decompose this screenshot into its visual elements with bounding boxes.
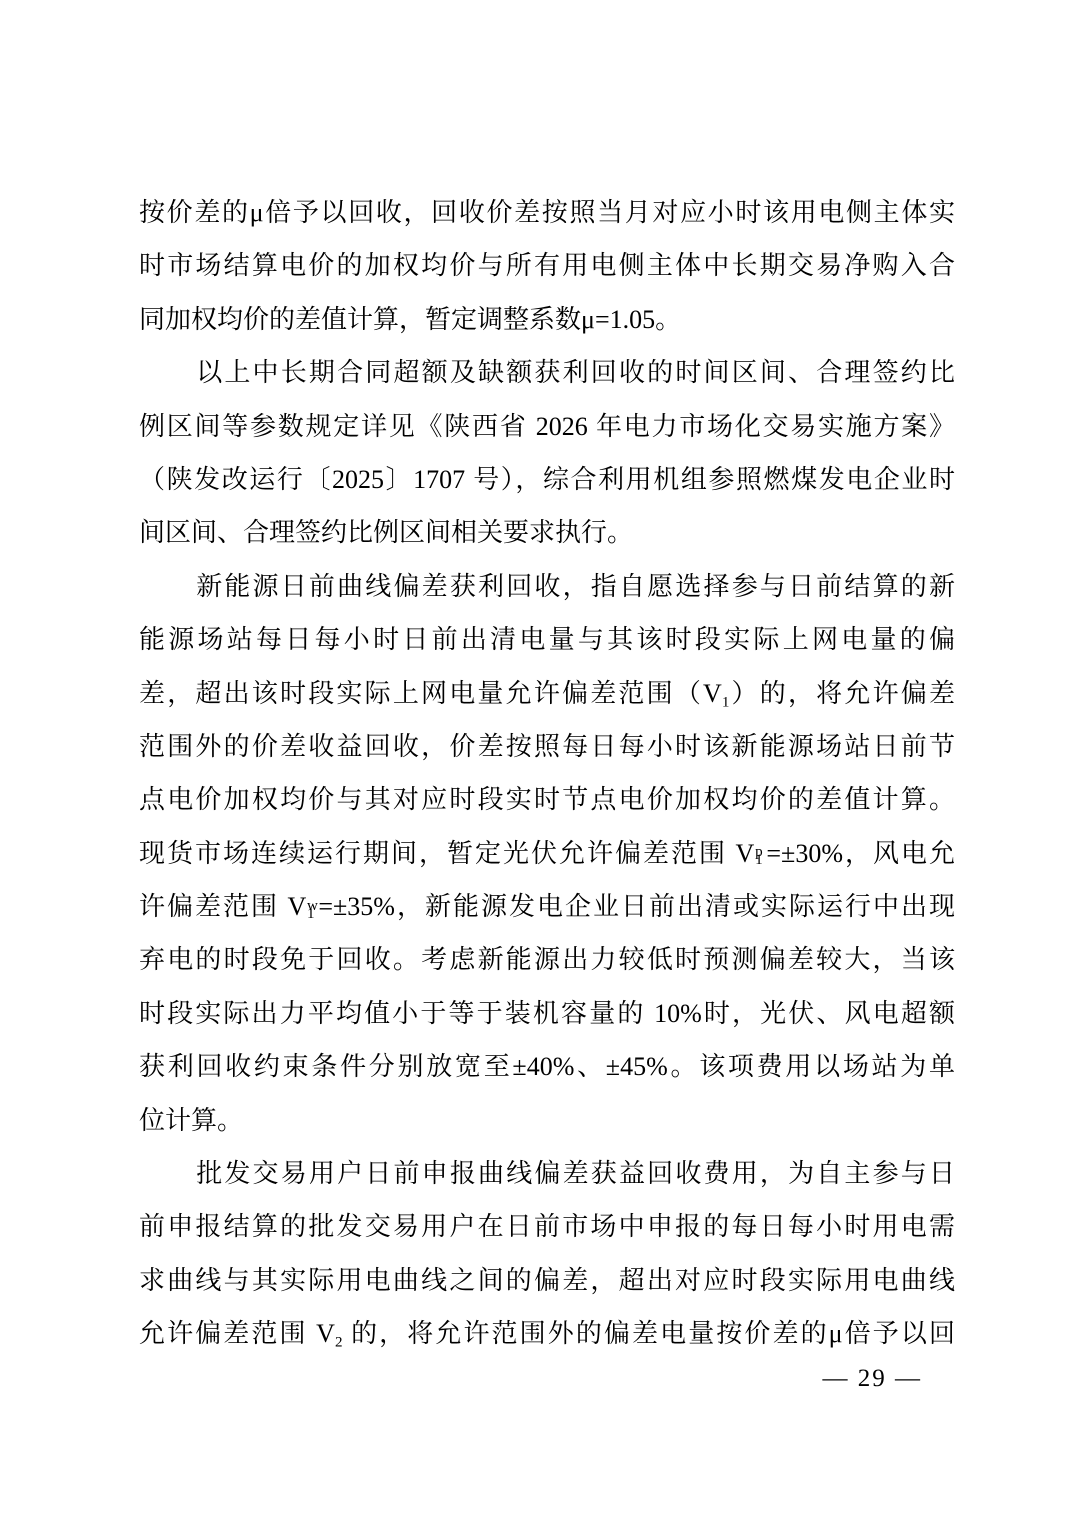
text-line: （陕发改运行〔2025〕1707 号），综合利用机组参照燃煤发电企业时 (139, 453, 955, 506)
text-line: 位计算。 (139, 1094, 955, 1147)
text-line: 获利回收约束条件分别放宽至±40%、±45%。该项费用以场站为单 (139, 1040, 955, 1093)
text-line: 时市场结算电价的加权均价与所有用电侧主体中长期交易净购入合 (139, 239, 955, 292)
text-line: 能源场站每日每小时日前出清电量与其该时段实际上网电量的偏 (139, 613, 955, 666)
text-line: 批发交易用户日前申报曲线偏差获益回收费用，为自主参与日 (139, 1147, 955, 1200)
text-line: 新能源日前曲线偏差获利回收，指自愿选择参与日前结算的新 (139, 560, 955, 613)
text-line: 前申报结算的批发交易用户在日前市场中申报的每日每小时用电需 (139, 1200, 955, 1253)
variable-symbol: Vp1 (736, 839, 767, 868)
text-line: 差，超出该时段实际上网电量允许偏差范围（V1）的，将允许偏差 (139, 667, 955, 720)
document-page: 按价差的μ倍予以回收，回收价差按照当月对应小时该用电侧主体实时市场结算电价的加权… (0, 0, 1080, 1527)
text-line: 时段实际出力平均值小于等于装机容量的 10%时，光伏、风电超额 (139, 987, 955, 1040)
text-line: 弃电的时段免于回收。考虑新能源出力较低时预测偏差较大，当该 (139, 933, 955, 986)
text-line: 许偏差范围 Vw1=±35%，新能源发电企业日前出清或实际运行中出现 (139, 880, 955, 933)
text-line: 以上中长期合同超额及缺额获利回收的时间区间、合理签约比 (139, 346, 955, 399)
page-number: — 29 — (823, 1362, 923, 1396)
text-line: 点电价加权均价与其对应时段实时节点电价加权均价的差值计算。 (139, 773, 955, 826)
text-line: 允许偏差范围 V2 的，将允许范围外的偏差电量按价差的μ倍予以回 (139, 1307, 955, 1360)
text-line: 同加权均价的差值计算，暂定调整系数μ=1.05。 (139, 293, 955, 346)
paragraph-4: 批发交易用户日前申报曲线偏差获益回收费用，为自主参与日前申报结算的批发交易用户在… (139, 1147, 955, 1361)
variable-symbol: V2 (316, 1319, 342, 1348)
text-line: 例区间等参数规定详见《陕西省 2026 年电力市场化交易实施方案》 (139, 400, 955, 453)
variable-symbol: V1 (703, 679, 729, 708)
text-line: 求曲线与其实际用电曲线之间的偏差，超出对应时段实际用电曲线 (139, 1254, 955, 1307)
text-line: 现货市场连续运行期间，暂定光伏允许偏差范围 Vp1=±30%，风电允 (139, 827, 955, 880)
document-text: 按价差的μ倍予以回收，回收价差按照当月对应小时该用电侧主体实时市场结算电价的加权… (139, 186, 955, 1361)
text-line: 范围外的价差收益回收，价差按照每日每小时该新能源场站日前节 (139, 720, 955, 773)
paragraph-1: 按价差的μ倍予以回收，回收价差按照当月对应小时该用电侧主体实时市场结算电价的加权… (139, 186, 955, 346)
paragraph-3: 新能源日前曲线偏差获利回收，指自愿选择参与日前结算的新能源场站每日每小时日前出清… (139, 560, 955, 1147)
variable-symbol: Vw1 (288, 892, 319, 921)
paragraph-2: 以上中长期合同超额及缺额获利回收的时间区间、合理签约比例区间等参数规定详见《陕西… (139, 346, 955, 560)
text-line: 按价差的μ倍予以回收，回收价差按照当月对应小时该用电侧主体实 (139, 186, 955, 239)
text-line: 间区间、合理签约比例区间相关要求执行。 (139, 506, 955, 559)
